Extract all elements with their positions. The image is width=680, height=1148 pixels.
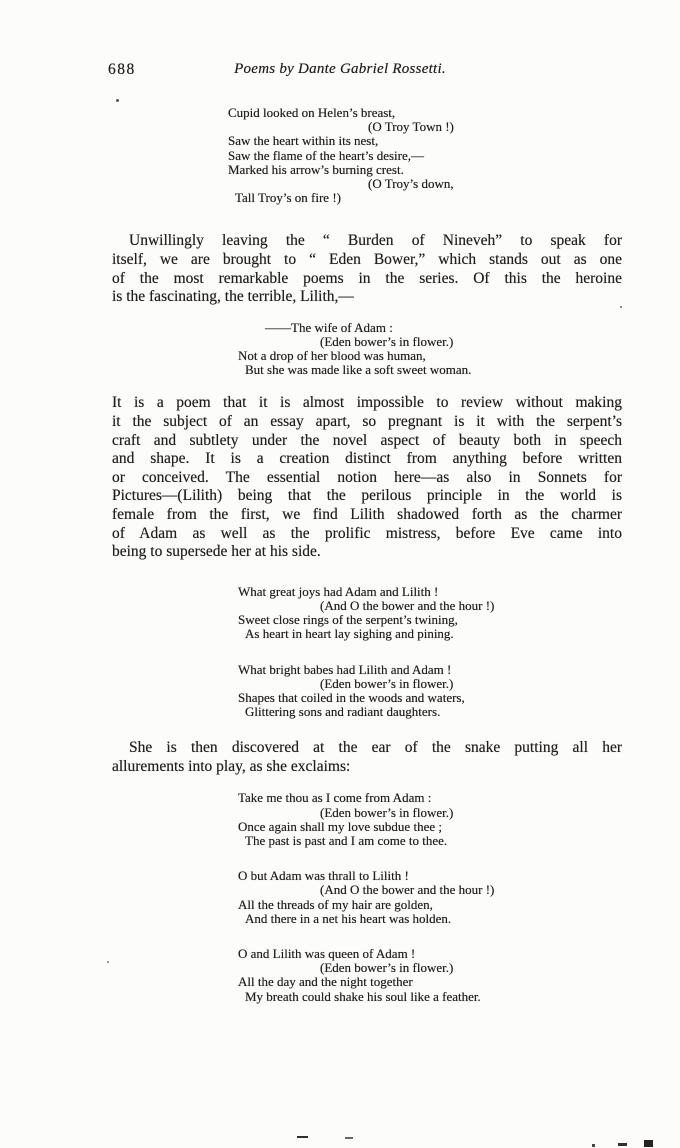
paragraph-line: it the subject of an essay apart, so pre… <box>112 413 622 432</box>
verse-line: But she was made like a soft sweet woman… <box>245 363 680 377</box>
stanza-lilith-queen: O and Lilith was queen of Adam ! (Eden b… <box>238 947 680 1004</box>
paragraph-line: Unwillingly leaving the “ Burden of Nine… <box>112 232 622 251</box>
running-head: 688 Poems by Dante Gabriel Rossetti. <box>0 0 680 80</box>
scan-artifact <box>297 1136 308 1138</box>
paragraph-line: and shape. It is a creation distinct fro… <box>112 450 622 469</box>
verse-line-refrain: (And O the bower and the hour !) <box>320 599 680 613</box>
scan-artifact <box>345 1137 353 1139</box>
verse-line: Saw the flame of the heart’s desire,— <box>228 149 680 163</box>
paragraph-nineveh-to-eden-bower: Unwillingly leaving the “ Burden of Nine… <box>112 232 622 306</box>
stanza-great-joys: What great joys had Adam and Lilith ! (A… <box>238 585 680 642</box>
verse-line-refrain: Tall Troy’s on fire !) <box>235 191 680 205</box>
verse-line: All the threads of my hair are golden, <box>238 898 680 912</box>
stanza-take-me: Take me thou as I come from Adam : (Eden… <box>238 791 680 848</box>
verse-line-refrain: (O Troy Town !) <box>368 120 680 134</box>
paragraph-line: She is then discovered at the ear of the… <box>112 739 622 758</box>
page-number: 688 <box>108 61 136 79</box>
verse-line: What bright babes had Lilith and Adam ! <box>238 663 680 677</box>
paragraph-line: Pictures—(Lilith) being that the perilou… <box>112 487 622 506</box>
verse-line: Not a drop of her blood was human, <box>238 349 680 363</box>
verse-line-refrain: (Eden bower’s in flower.) <box>320 806 680 820</box>
paragraph-line: It is a poem that it is almost impossibl… <box>112 394 622 413</box>
verse-line: O but Adam was thrall to Lilith ! <box>238 869 680 883</box>
verse-line-refrain: (Eden bower’s in flower.) <box>320 961 680 975</box>
paragraph-line: craft and subtlety under the novel aspec… <box>112 432 622 451</box>
paragraph-line: of the most remarkable poems in the seri… <box>112 270 622 289</box>
paragraph-review-of-eden-bower: It is a poem that it is almost impossibl… <box>112 394 622 561</box>
verse-line: O and Lilith was queen of Adam ! <box>238 947 680 961</box>
verse-line: Once again shall my love subdue thee ; <box>238 820 680 834</box>
scan-artifact <box>644 1140 653 1147</box>
verse-line: What great joys had Adam and Lilith ! <box>238 585 680 599</box>
stanza-bright-babes: What bright babes had Lilith and Adam ! … <box>238 663 680 720</box>
scan-artifact <box>592 1144 595 1147</box>
verse-line: Shapes that coiled in the woods and wate… <box>238 691 680 705</box>
verse-line: All the day and the night together <box>238 975 680 989</box>
verse-line-refrain: (Eden bower’s in flower.) <box>320 677 680 691</box>
verse-troy-town: Cupid looked on Helen’s breast, (O Troy … <box>228 106 680 205</box>
paragraph-line: or conceived. The essential notion here—… <box>112 469 622 488</box>
verse-line: My breath could shake his soul like a fe… <box>245 990 680 1004</box>
stanza-adam-thrall: O but Adam was thrall to Lilith ! (And O… <box>238 869 680 926</box>
paragraph-line: female from the first, we find Lilith sh… <box>112 506 622 525</box>
verse-line: Saw the heart within its nest, <box>228 134 680 148</box>
paragraph-line: being to supersede her at his side. <box>112 543 622 562</box>
verse-line-refrain: (And O the bower and the hour !) <box>320 883 680 897</box>
paragraph-line: is the fascinating, the terrible, Lilith… <box>112 288 622 307</box>
verse-line: ——The wife of Adam : <box>265 321 680 335</box>
paragraph-line: of Adam as well as the prolific mistress… <box>112 525 622 544</box>
book-page-scan: 688 Poems by Dante Gabriel Rossetti. Cup… <box>0 0 680 1148</box>
verse-lilith-exclaims: Take me thou as I come from Adam : (Eden… <box>238 791 680 1003</box>
verse-line: Marked his arrow’s burning crest. <box>228 163 680 177</box>
scan-artifact <box>107 961 109 963</box>
verse-line: And there in a net his heart was holden. <box>245 912 680 926</box>
running-title: Poems by Dante Gabriel Rossetti. <box>0 61 680 78</box>
verse-line: Glittering sons and radiant daughters. <box>245 705 680 719</box>
verse-great-joys-and-bright-babes: What great joys had Adam and Lilith ! (A… <box>238 585 680 720</box>
verse-line: As heart in heart lay sighing and pining… <box>245 627 680 641</box>
paragraph-she-exclaims: She is then discovered at the ear of the… <box>112 739 622 776</box>
verse-wife-of-adam: ——The wife of Adam : (Eden bower’s in fl… <box>238 321 680 378</box>
paragraph-line: itself, we are brought to “ Eden Bower,”… <box>112 251 622 270</box>
verse-line: Sweet close rings of the serpent’s twini… <box>238 613 680 627</box>
scan-artifact <box>620 306 622 308</box>
scan-artifact <box>618 1143 627 1146</box>
verse-line: Take me thou as I come from Adam : <box>238 791 680 805</box>
verse-line-refrain: (O Troy’s down, <box>368 177 680 191</box>
paragraph-line: allurements into play, as she exclaims: <box>112 758 622 777</box>
verse-line: The past is past and I am come to thee. <box>245 834 680 848</box>
scan-artifact <box>116 99 119 102</box>
verse-line-refrain: (Eden bower’s in flower.) <box>320 335 680 349</box>
verse-line: Cupid looked on Helen’s breast, <box>228 106 680 120</box>
